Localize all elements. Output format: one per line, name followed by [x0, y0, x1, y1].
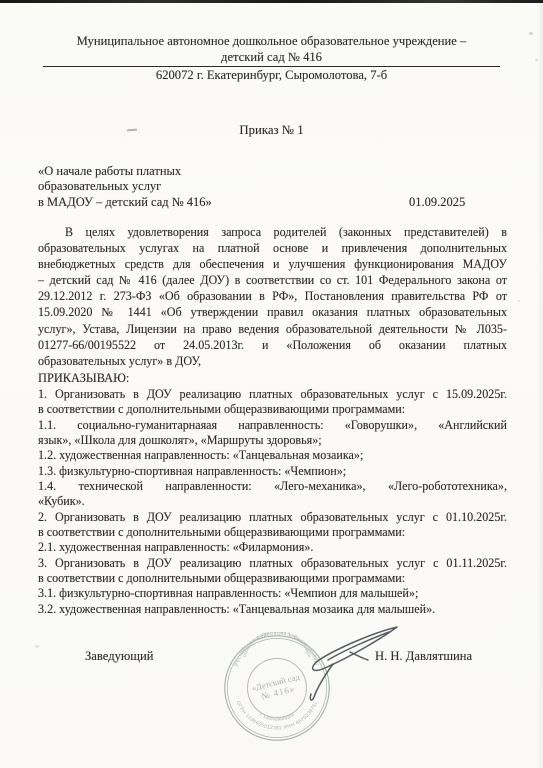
org-name-line2: детский сад № 416: [0, 50, 543, 66]
text-line: образовательных услуг» в ДОУ,: [38, 353, 507, 369]
text-line: 29.12.2012 г. 273-ФЗ «Об образовании в Р…: [38, 288, 507, 304]
scan-artifact-speck: [35, 645, 39, 648]
text-line: услуг», Устава, Лицензии на право ведени…: [38, 321, 507, 337]
order-title: Приказ № 1: [0, 123, 543, 138]
text-line: 3. Организовать в ДОУ реализацию платных…: [38, 556, 507, 571]
org-name-line1: Муниципальное автономное дошкольное обра…: [0, 34, 543, 50]
org-address: 620072 г. Екатеринбург, Сыромолотова, 7-…: [0, 68, 543, 83]
handwritten-signature: [280, 616, 410, 711]
stamp-inner-bottom-text: г. Екатеринбурга: [259, 712, 295, 722]
text-line: образовательных услуг: [38, 179, 298, 194]
text-line: 3.1. физкультурно-спортивная направленно…: [38, 586, 507, 601]
text-line: 1.3. физкультурно-спортивная направленно…: [38, 464, 507, 479]
text-line: 1.4. технической направленности: «Лего-м…: [38, 479, 507, 494]
text-line: 2. Организовать в ДОУ реализацию платных…: [38, 510, 507, 525]
text-line: «Кубик».: [38, 494, 507, 509]
document-page: Муниципальное автономное дошкольное обра…: [0, 0, 543, 768]
text-line: 1.1. социально-гуманитарнаяая направленн…: [38, 418, 507, 433]
text-line: язык», «Школа для дошколят», «Маршруты з…: [38, 433, 507, 448]
signatory-position: Заведующий: [85, 649, 154, 664]
letterhead-rule: [43, 66, 500, 67]
text-line: в соответствии с дополнительными общераз…: [38, 571, 507, 586]
text-line: 15.09.2020 № 1441 «Об утверждении правил…: [38, 304, 507, 320]
text-line: внебюджетных средств для обеспечения и у…: [38, 256, 507, 272]
text-line: 01277-66/00195522 от 24.05.2013г. и «Пол…: [38, 337, 507, 353]
scan-edge-artifact: [0, 0, 543, 3]
order-items: 1. Организовать в ДОУ реализацию платных…: [38, 387, 507, 617]
text-line: в МАДОУ – детский сад № 416»: [38, 195, 298, 210]
text-line: 2.1. художественная направленность: «Фил…: [38, 540, 507, 555]
text-line: «О начале работы платных: [38, 164, 298, 179]
letterhead: Муниципальное автономное дошкольное обра…: [0, 34, 543, 83]
text-line: В целях удовлетворения запроса родителей…: [38, 224, 507, 240]
text-line: образовательных услугах на платной основ…: [38, 240, 507, 256]
text-line: 1.2. художественная направленность: «Тан…: [38, 448, 507, 463]
text-line: – детский сад № 416 (далее ДОУ) в соотве…: [38, 272, 507, 288]
scan-artifact-speck: [517, 300, 520, 302]
order-date: 01.09.2025: [409, 195, 465, 210]
text-line: 1. Организовать в ДОУ реализацию платных…: [38, 387, 507, 402]
scan-artifact-speck: [529, 32, 533, 35]
scan-artifact-speck: [535, 59, 538, 61]
order-preamble: В целях удовлетворения запроса родителей…: [38, 224, 507, 369]
order-heading: ПРИКАЗЫВАЮ:: [38, 371, 129, 386]
text-line: 3.2. художественная направленность: «Тан…: [38, 602, 507, 617]
text-line: в соответствии с дополнительными общераз…: [38, 402, 507, 417]
text-line: в соответствии с дополнительными общераз…: [38, 525, 507, 540]
order-subject: «О начале работы платныхобразовательных …: [38, 164, 298, 210]
